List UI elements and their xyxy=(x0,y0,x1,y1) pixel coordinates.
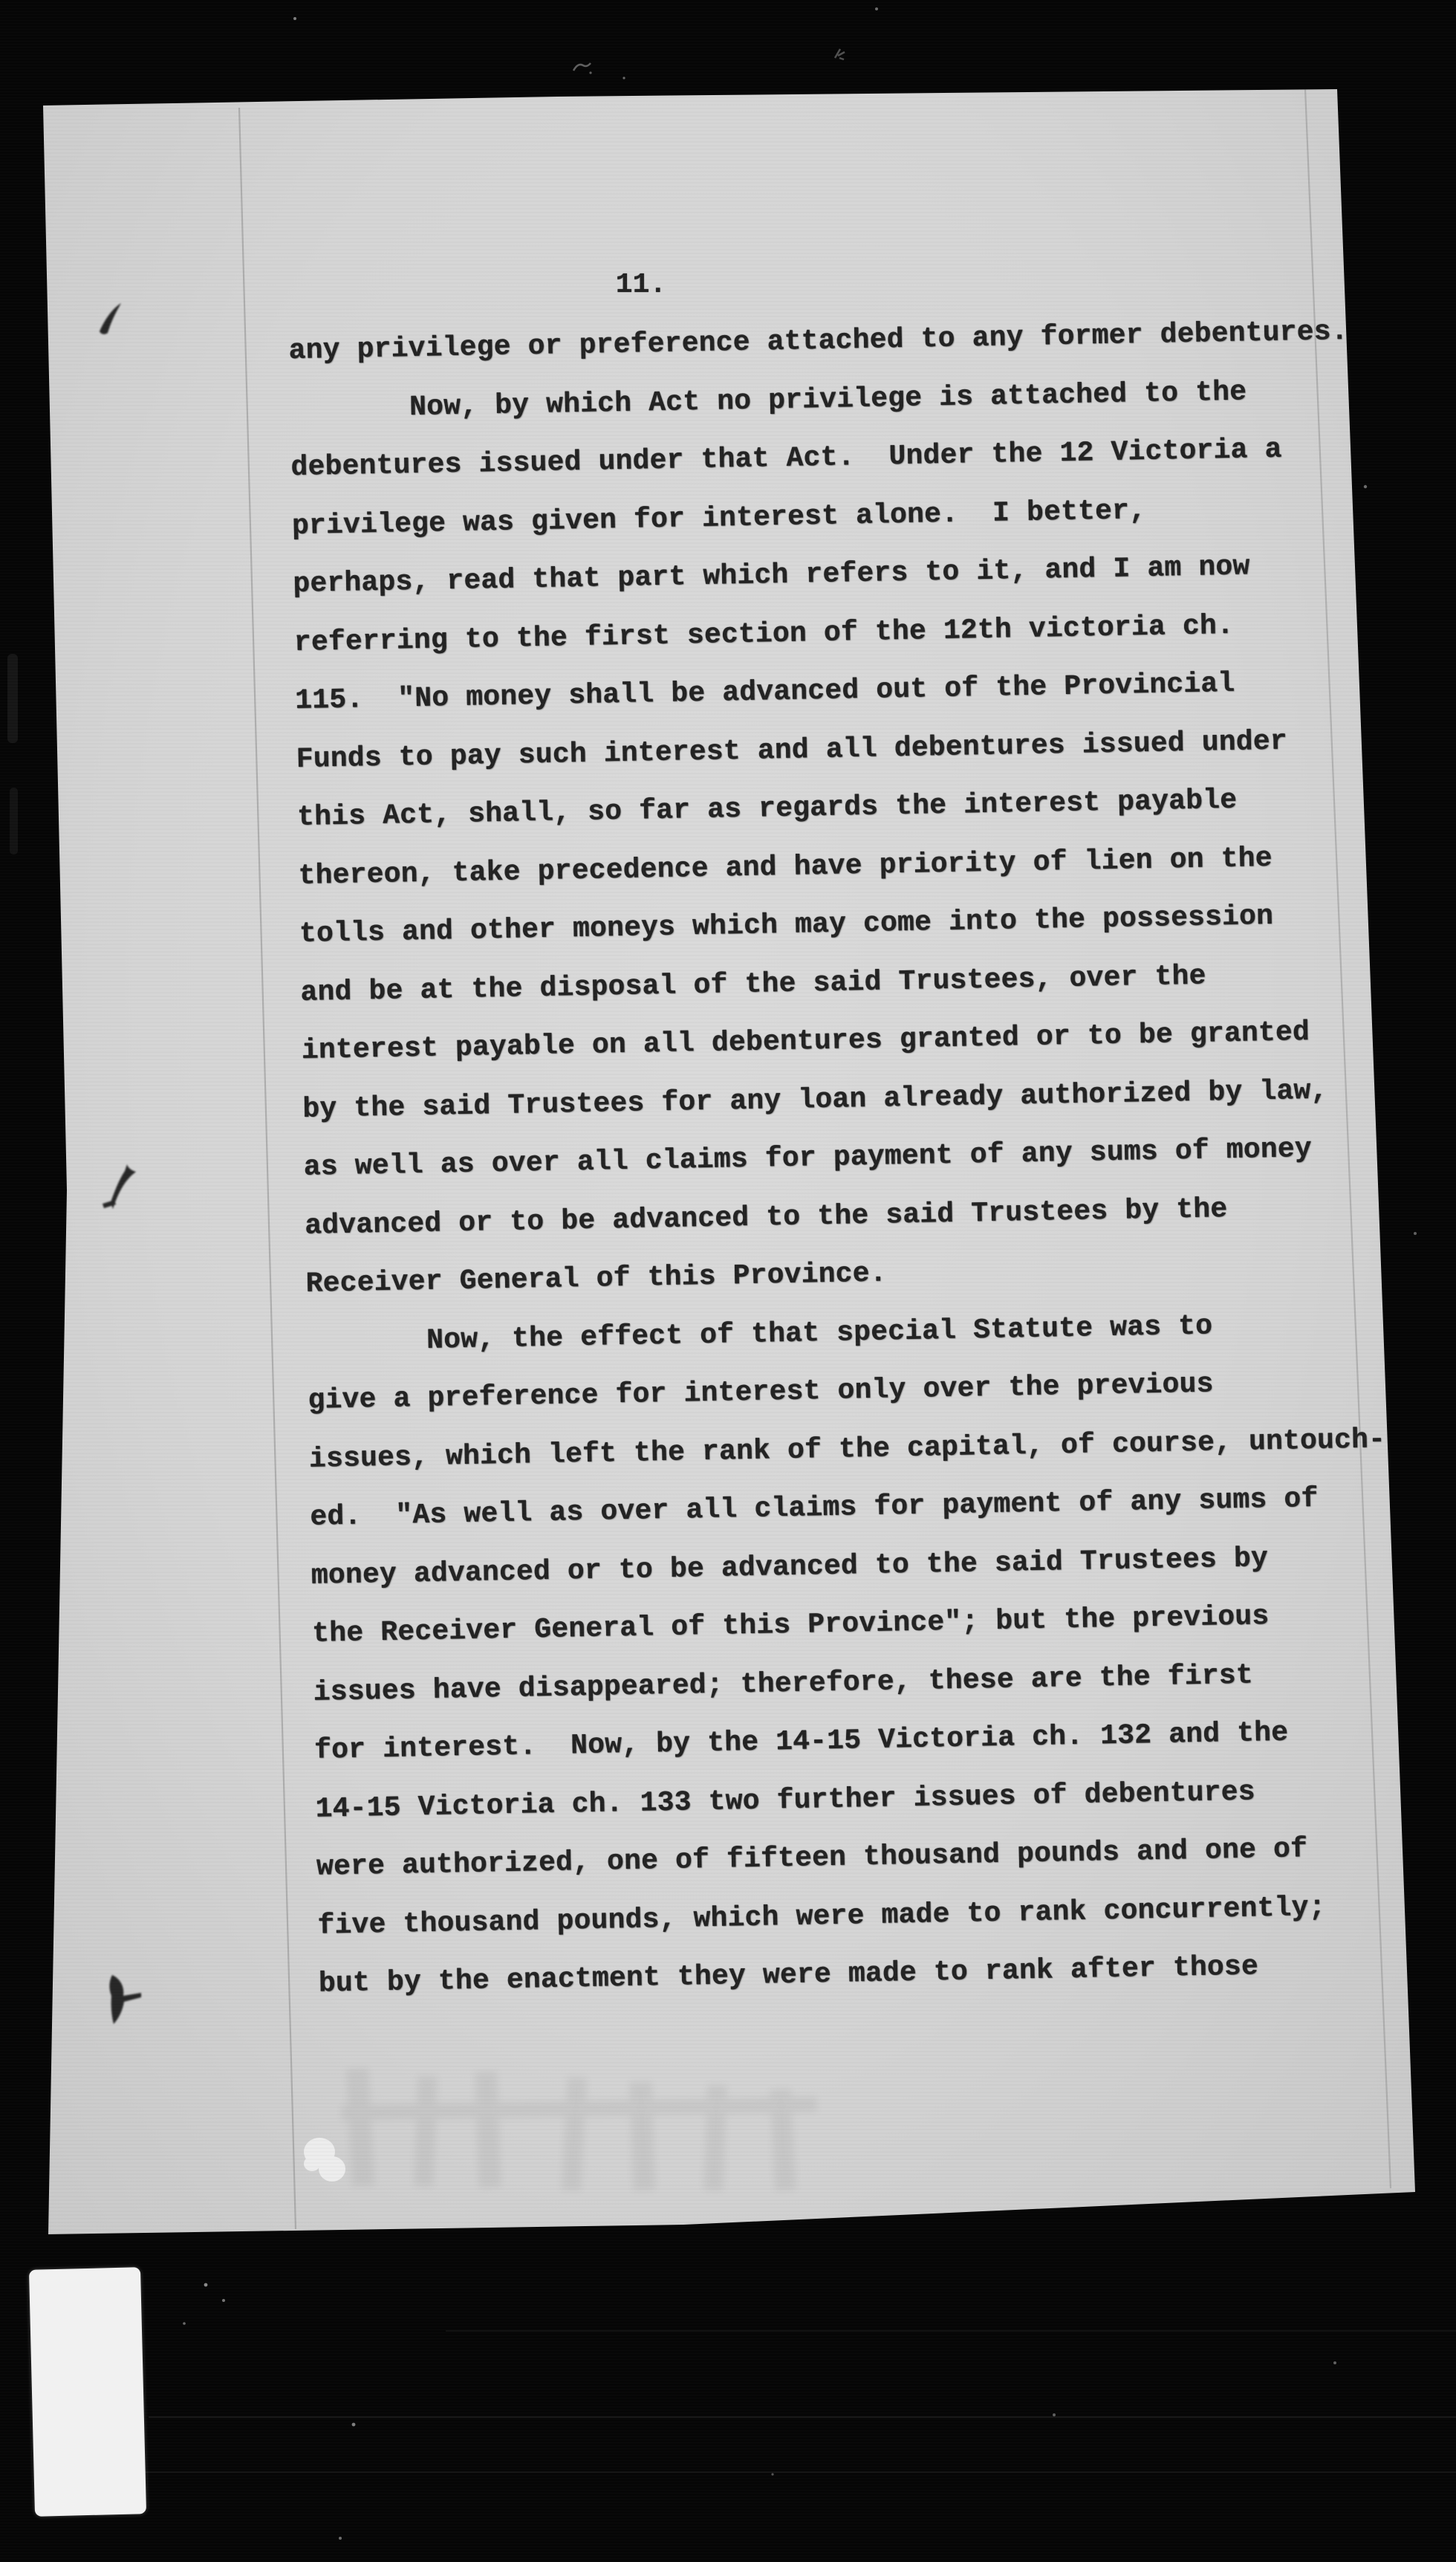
bleed-through-ghost-text xyxy=(342,2068,817,2190)
pen-mark-top xyxy=(100,303,121,334)
photostat-scan: 11. any privilege or preference attached… xyxy=(0,0,1456,2562)
handwritten-squiggle-top-left xyxy=(573,63,592,74)
left-ruled-line xyxy=(239,108,296,2229)
handwritten-squiggle-top-right xyxy=(835,49,845,59)
document-page: 11. any privilege or preference attached… xyxy=(37,83,1419,2242)
pen-mark-middle xyxy=(103,1164,136,1209)
page-number: 11. xyxy=(593,269,689,302)
pen-mark-bottom xyxy=(109,1975,141,2024)
left-edge-smudges xyxy=(7,654,18,854)
typed-text-body: any privilege or preference attached to … xyxy=(288,302,1396,2014)
scanner-streaks xyxy=(141,2330,1456,2473)
sticker-tab xyxy=(29,2267,146,2517)
correction-fluid-blob xyxy=(304,2138,345,2182)
